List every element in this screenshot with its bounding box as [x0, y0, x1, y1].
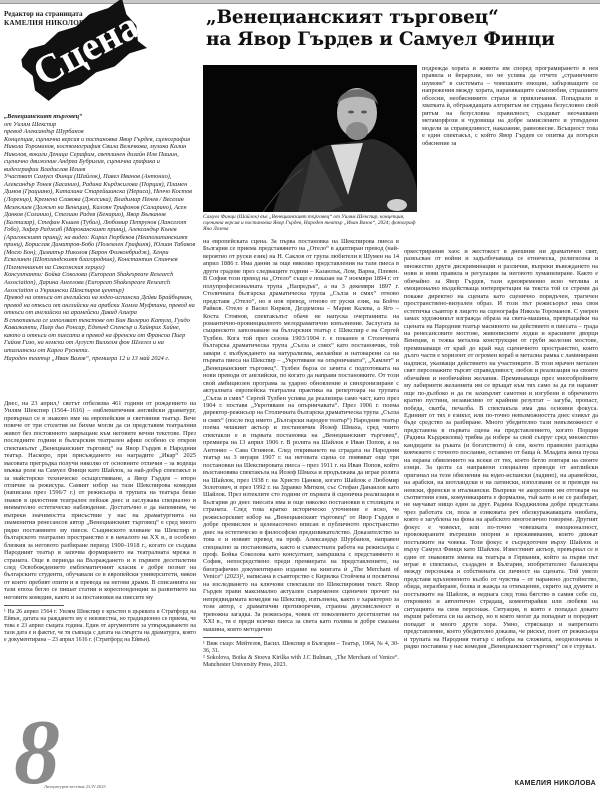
credits-author: от Уилям Шекспир — [4, 121, 196, 129]
article-right-top-text: подрежда хората и живота им според прогр… — [422, 65, 598, 147]
credits-team: Концепция, сценична версия и постановка … — [4, 136, 196, 174]
actor-portrait-photo — [203, 65, 417, 212]
article-left-column: Днес, на 23 април,¹ светът отбелязва 461… — [4, 400, 196, 644]
article-middle-text: на европейската сцена. За първа постанов… — [203, 238, 399, 633]
article-middle-column: на европейската сцена. За първа постанов… — [203, 238, 399, 669]
footnote-3: ² Sokolova, Boika & Stoeva Kirilka with … — [203, 655, 399, 669]
credits-title: „Венецианският търговец“ — [4, 113, 196, 121]
credits-cast: Участват Самуел Финци (Шайлок), Павел Ив… — [4, 173, 196, 271]
credits-translation: превод Александър Шурбанов — [4, 128, 196, 136]
article-right-text: оркестрирания хаос и жестокост в днешния… — [404, 248, 598, 650]
credits-consultants: Консултанти: Бойка Соколова (European Sh… — [4, 271, 196, 294]
footnote-rule — [203, 637, 263, 638]
author-signature: КАМЕЛИЯ НИКОЛОВА — [480, 780, 596, 787]
credits-texts: В спектакъла се използват текстове от Би… — [4, 317, 196, 355]
headline-line-2: на Явор Гърдев и Самуел Финци — [206, 29, 596, 51]
headline: „Венецианският търговец“ на Явор Гърдев … — [206, 7, 596, 51]
credits-translators: Превод на откъси от английски на юдео-ис… — [4, 294, 196, 317]
footnote-1: ¹ На 26 април 1564 г. Уилям Шекспир е кр… — [4, 609, 196, 644]
archive-note: Литературен вестник 23.IV.2025 — [44, 784, 106, 789]
footnote-rule — [4, 605, 64, 606]
article-left-text: Днес, на 23 април,¹ светът отбелязва 461… — [4, 400, 196, 601]
credits-premiere: Народен театър „Иван Вазов“, премиера 12… — [4, 355, 196, 363]
top-rule — [0, 0, 600, 4]
headline-line-1: „Венецианският търговец“ — [206, 7, 596, 29]
production-credits: „Венецианският търговец“ от Уилям Шекспи… — [4, 113, 196, 362]
article-right-top-column: подрежда хората и живота им според прогр… — [422, 65, 598, 147]
footnote-2: ¹ Виж също: Мейтезов, Васил. Шекспир в Б… — [203, 641, 399, 655]
page-number: 8 — [14, 712, 60, 792]
photo-caption: Самуел Финци (Шайлок) във „Венецианският… — [203, 214, 421, 233]
actor-portrait-icon — [203, 65, 417, 212]
article-right-column: оркестрирания хаос и жестокост в днешния… — [404, 248, 598, 650]
